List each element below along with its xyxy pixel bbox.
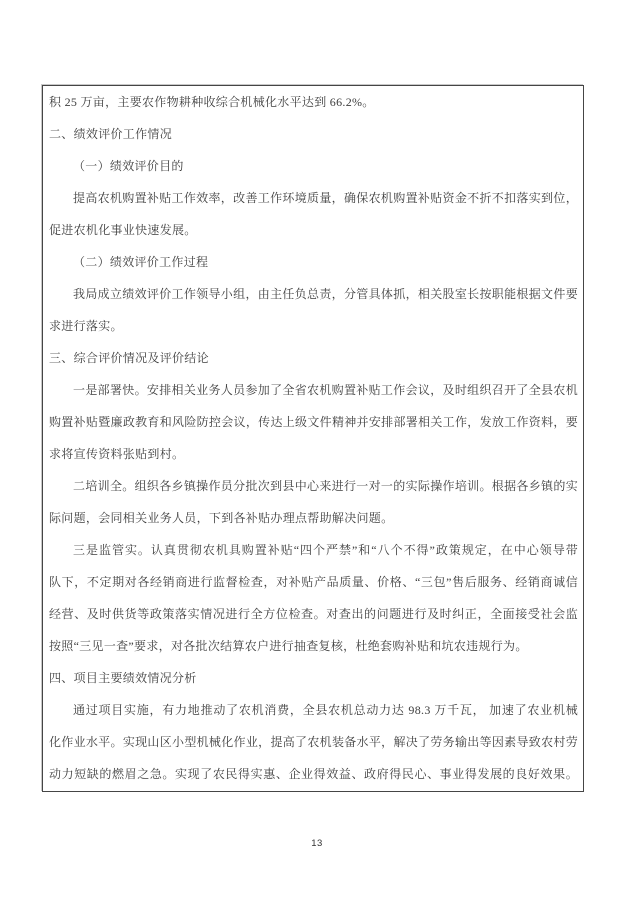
section-heading-2: 二、绩效评价工作情况 bbox=[49, 118, 578, 150]
subsection-heading-2-2: （二）绩效评价工作过程 bbox=[49, 246, 578, 278]
doc-line: 三是监管实。认真贯彻农机具购置补贴“四个严禁”和“八个不得”政策规定，在中心领导… bbox=[49, 534, 578, 566]
doc-line: 我局成立绩效评价工作领导小组，由主任负总责，分管具体抓，相关股室长按职能根据文件… bbox=[49, 278, 578, 310]
doc-line: 提高农机购置补贴工作效率，改善工作环境质量，确保农机购置补贴资金不折不扣落实到位… bbox=[49, 182, 578, 214]
doc-line: 促进农机化事业快速发展。 bbox=[49, 214, 578, 246]
doc-line: 际问题，会同相关业务人员，下到各补贴办理点帮助解决问题。 bbox=[49, 502, 578, 534]
doc-line: 购置补贴暨廉政教育和风险防控会议，传达上级文件精神并安排部署相关工作，发放工作资… bbox=[49, 406, 578, 438]
doc-line: 经营、及时供货等政策落实情况进行全方位检查。对查出的问题进行及时纠正，全面接受社… bbox=[49, 598, 578, 630]
doc-line: 求进行落实。 bbox=[49, 310, 578, 342]
doc-line: 求将宣传资料张贴到村。 bbox=[49, 438, 578, 470]
doc-line: 按照“三见一查”要求，对各批次结算农户进行抽查复核，杜绝套购补贴和坑农违规行为。 bbox=[49, 630, 578, 662]
doc-line: 二培训全。组织各乡镇操作员分批次到县中心来进行一对一的实际操作培训。根据各乡镇的… bbox=[49, 470, 578, 502]
doc-line: 通过项目实施，有力地推动了农机消费，全县农机总动力达 98.3 万千瓦， 加速了… bbox=[49, 694, 578, 726]
section-heading-4: 四、项目主要绩效情况分析 bbox=[49, 662, 578, 694]
content-table-border: 积 25 万亩，主要农作物耕种收综合机械化水平达到 66.2%。 二、绩效评价工… bbox=[42, 85, 584, 792]
doc-line: 队下，不定期对各经销商进行监督检查，对补贴产品质量、价格、“三包”售后服务、经销… bbox=[49, 566, 578, 598]
document-body: 积 25 万亩，主要农作物耕种收综合机械化水平达到 66.2%。 二、绩效评价工… bbox=[49, 86, 578, 790]
subsection-heading-2-1: （一）绩效评价目的 bbox=[49, 150, 578, 182]
document-page: 积 25 万亩，主要农作物耕种收综合机械化水平达到 66.2%。 二、绩效评价工… bbox=[0, 0, 634, 898]
doc-line-continuation: 积 25 万亩，主要农作物耕种收综合机械化水平达到 66.2%。 bbox=[49, 86, 578, 118]
doc-line: 化作业水平。实现山区小型机械化作业，提高了农机装备水平，解决了劳务输出等因素导致… bbox=[49, 726, 578, 758]
section-heading-3: 三、综合评价情况及评价结论 bbox=[49, 342, 578, 374]
page-number: 13 bbox=[0, 838, 634, 849]
doc-line: 一是部署快。安排相关业务人员参加了全省农机购置补贴工作会议，及时组织召开了全县农… bbox=[49, 374, 578, 406]
doc-line: 动力短缺的燃眉之急。实现了农民得实惠、企业得效益、政府得民心、事业得发展的良好效… bbox=[49, 758, 578, 790]
